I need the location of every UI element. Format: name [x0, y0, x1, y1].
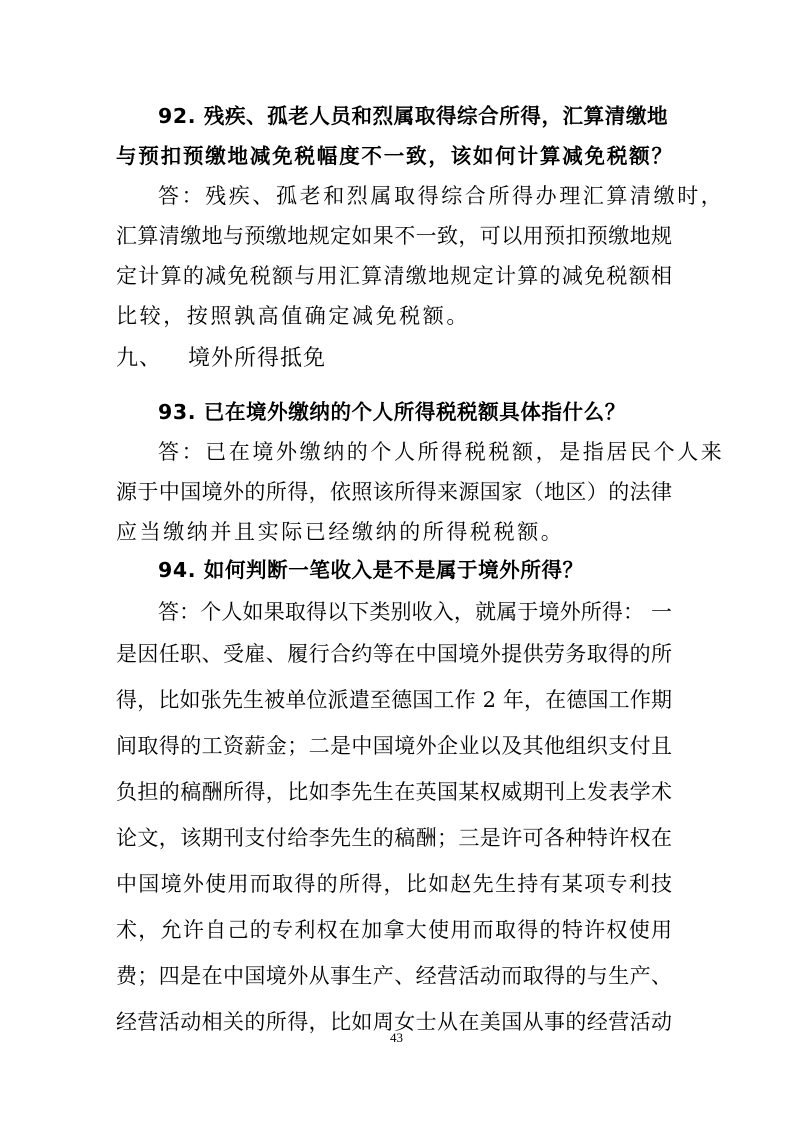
- answer-92-line: 汇算清缴地与预缴地规定如果不一致，可以用预扣预缴地规: [116, 221, 672, 251]
- section-heading: 九、 境外所得抵免: [116, 344, 326, 374]
- answer-94-line: 得，比如张先生被单位派遣至德国工作 2 年，在德国工作期: [116, 685, 672, 715]
- question-93-title: 93. 已在境外缴纳的个人所得税税额具体指什么？: [158, 397, 672, 427]
- answer-94-line: 费；四是在中国境外从事生产、经营活动而取得的与生产、: [116, 961, 672, 991]
- answer-92-line: 答：残疾、孤老和烈属取得综合所得办理汇算清缴时，: [158, 181, 672, 211]
- question-94-title: 94. 如何判断一笔收入是不是属于境外所得？: [158, 555, 672, 585]
- question-92-title-line-2: 与预扣预缴地减免税幅度不一致，该如何计算减免税额？: [116, 141, 672, 171]
- answer-94-line: 论文，该期刊支付给李先生的稿酬；三是许可各种特许权在: [116, 823, 672, 853]
- answer-94-line: 负担的稿酬所得，比如李先生在英国某权威期刊上发表学术: [116, 777, 672, 807]
- document-page: 92. 残疾、孤老人员和烈属取得综合所得，汇算清缴地 与预扣预缴地减免税幅度不一…: [0, 0, 793, 1122]
- section-title: 境外所得抵免: [188, 346, 326, 371]
- page-number: 43: [0, 1030, 793, 1046]
- answer-94-line: 术，允许自己的专利权在加拿大使用而取得的特许权使用: [116, 915, 672, 945]
- answer-93-line: 答：已在境外缴纳的个人所得税税额，是指居民个人来: [158, 437, 672, 467]
- answer-93-line: 源于中国境外的所得，依照该所得来源国家（地区）的法律: [116, 477, 672, 507]
- answer-94-line: 是因任职、受雇、履行合约等在中国境外提供劳务取得的所: [116, 639, 672, 669]
- answer-93-line: 应当缴纳并且实际已经缴纳的所得税税额。: [116, 517, 672, 547]
- section-number: 九、: [116, 346, 162, 371]
- question-92-title-line-1: 92. 残疾、孤老人员和烈属取得综合所得，汇算清缴地: [158, 101, 672, 131]
- answer-94-line: 答：个人如果取得以下类别收入，就属于境外所得： 一: [158, 597, 672, 627]
- answer-94-line: 中国境外使用而取得的所得，比如赵先生持有某项专利技: [116, 869, 672, 899]
- answer-94-line: 间取得的工资薪金；二是中国境外企业以及其他组织支付且: [116, 731, 672, 761]
- answer-92-line: 比较，按照孰高值确定减免税额。: [116, 301, 672, 331]
- answer-92-line: 定计算的减免税额与用汇算清缴地规定计算的减免税额相: [116, 261, 672, 291]
